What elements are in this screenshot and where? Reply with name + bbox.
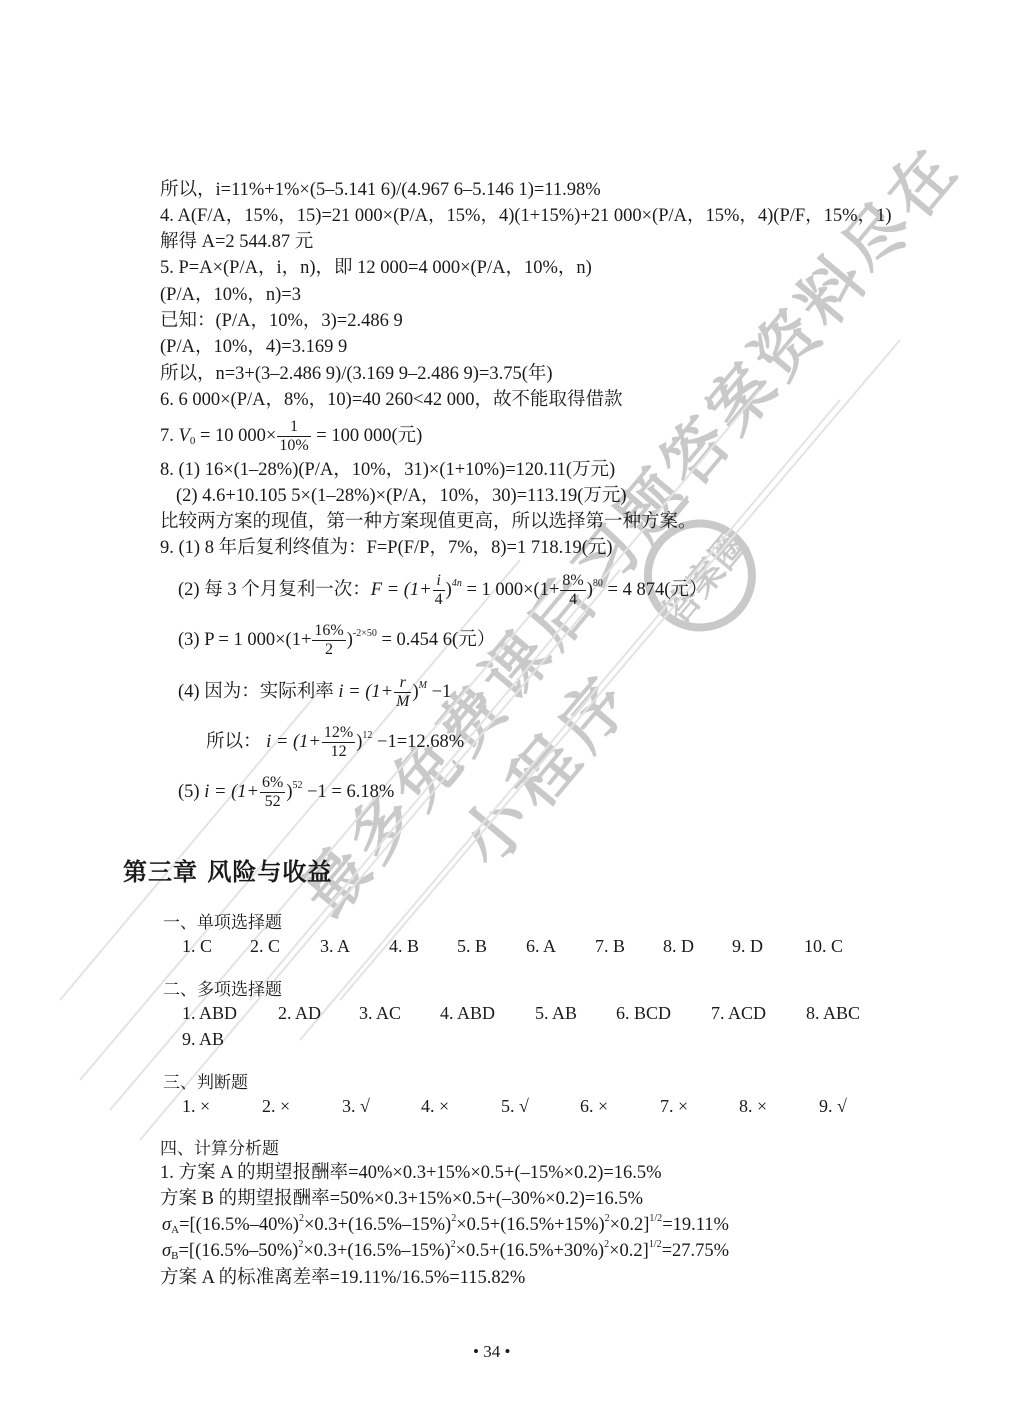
text-line: 已知：(P/A，10%，3)=2.486 9 — [160, 310, 403, 332]
document-page: 所以，i=11%+1%×(5–5.141 6)/(4.967 6–5.146 1… — [0, 0, 1014, 1414]
text-line: 6. 6 000×(P/A，8%，10)=40 260<42 000，故不能取得… — [160, 389, 622, 411]
true-false-answers: 1. × 2. × 3. √ 4. × 5. √ 6. × 7. × 8. × … — [182, 1096, 882, 1118]
answer-item: 5. AB — [535, 1003, 577, 1024]
answer-item: 4. ABD — [440, 1003, 495, 1024]
answer-item: 9. AB — [182, 1029, 224, 1050]
answer-item: 4. × — [421, 1096, 449, 1117]
text-line: 所以，i=11%+1%×(5–5.141 6)/(4.967 6–5.146 1… — [160, 179, 601, 201]
answer-item: 9. D — [732, 936, 763, 957]
formula-q9-4: (4) 因为：实际利率 i = (1+rM)M −1 — [178, 674, 451, 711]
fraction: i4 — [433, 572, 445, 609]
answer-item: 8. D — [663, 936, 694, 957]
text-line: 5. P=A×(P/A，i，n)，即 12 000=4 000×(P/A，10%… — [160, 257, 592, 279]
answer-item: 8. ABC — [806, 1003, 860, 1024]
formula-q9-2: (2) 每 3 个月复利一次：F = (1+i4)4n = 1 000×(1+8… — [178, 572, 707, 609]
answer-item: 2. C — [250, 936, 280, 957]
formula-sigma-b: σB=[(16.5%–50%)2×0.3+(16.5%–15%)2×0.5+(1… — [162, 1240, 729, 1262]
formula-q9-3: (3) P = 1 000×(1+16%2)-2×50 = 0.454 6(元） — [178, 622, 495, 659]
answer-item: 4. B — [389, 936, 419, 957]
answer-item: 2. AD — [278, 1003, 321, 1024]
fraction: 8%4 — [560, 572, 585, 609]
answer-item: 1. × — [182, 1096, 210, 1117]
text-line: (P/A，10%，4)=3.169 9 — [160, 336, 347, 358]
fraction: 110% — [277, 418, 310, 455]
text-line: 方案 B 的期望报酬率=50%×0.3+15%×0.5+(–30%×0.2)=1… — [160, 1188, 643, 1210]
fraction: rM — [394, 674, 411, 711]
section-title-true-false: 三、判断题 — [163, 1068, 248, 1093]
section-title-single-choice: 一、单项选择题 — [163, 908, 282, 933]
answer-item: 2. × — [262, 1096, 290, 1117]
answer-item: 3. A — [320, 936, 350, 957]
answer-item: 7. × — [660, 1096, 688, 1117]
section-title-multi-choice: 二、多项选择题 — [163, 975, 282, 1000]
answer-item: 10. C — [804, 936, 843, 957]
answer-item: 9. √ — [819, 1096, 847, 1117]
fraction: 16%2 — [312, 622, 345, 659]
text-line: 所以，n=3+(3–2.486 9)/(3.169 9–2.486 9)=3.7… — [160, 363, 553, 385]
fraction: 6%52 — [260, 774, 285, 811]
text-line: 8. (1) 16×(1–28%)(P/A，10%，31)×(1+10%)=12… — [160, 459, 615, 481]
text-line: 比较两方案的现值，第一种方案现值更高，所以选择第一种方案。 — [160, 511, 697, 533]
answer-item: 1. ABD — [182, 1003, 237, 1024]
text-line: 方案 A 的标准离差率=19.11%/16.5%=115.82% — [160, 1267, 525, 1289]
text-line: 4. A(F/A，15%，15)=21 000×(P/A，15%，4)(1+15… — [160, 205, 892, 227]
answer-item: 3. √ — [342, 1096, 370, 1117]
answer-item: 6. × — [580, 1096, 608, 1117]
text-line: 9. (1) 8 年后复利终值为：F=P(F/P，7%，8)=1 718.19(… — [160, 537, 613, 559]
answer-item: 6. A — [526, 936, 556, 957]
formula-q9-4-result: 所以： i = (1+12%12)12 −1=12.68% — [206, 724, 464, 761]
answer-item: 5. B — [457, 936, 487, 957]
answer-item: 8. × — [739, 1096, 767, 1117]
answer-item: 5. √ — [501, 1096, 529, 1117]
multi-choice-answers: 1. ABD 2. AD 3. AC 4. ABD 5. AB 6. BCD 7… — [182, 1003, 882, 1025]
answer-item: 7. B — [595, 936, 625, 957]
answer-item: 7. ACD — [711, 1003, 766, 1024]
answer-item: 6. BCD — [616, 1003, 671, 1024]
text-line: (2) 4.6+10.105 5×(1–28%)×(P/A，10%，30)=11… — [176, 485, 627, 507]
fraction: 12%12 — [322, 724, 355, 761]
answer-item: 1. C — [182, 936, 212, 957]
answer-item: 3. AC — [359, 1003, 401, 1024]
formula-q7: 7. V0 = 10 000×110% = 100 000(元) — [160, 418, 422, 455]
section-title-calculation: 四、计算分析题 — [160, 1134, 279, 1159]
single-choice-answers: 1. C 2. C 3. A 4. B 5. B 6. A 7. B 8. D … — [182, 936, 882, 958]
text-line: (P/A，10%，n)=3 — [160, 284, 301, 306]
formula-q9-5: (5) i = (1+6%52)52 −1 = 6.18% — [178, 774, 394, 811]
multi-choice-answers-row2: 9. AB — [182, 1029, 282, 1051]
text-line: 1. 方案 A 的期望报酬率=40%×0.3+15%×0.5+(–15%×0.2… — [160, 1162, 662, 1184]
formula-sigma-a: σA=[(16.5%–40%)2×0.3+(16.5%–15%)2×0.5+(1… — [162, 1214, 729, 1236]
page-number: • 34 • — [473, 1342, 510, 1362]
chapter-title: 第三章 风险与收益 — [123, 852, 332, 887]
text-line: 解得 A=2 544.87 元 — [160, 231, 313, 253]
